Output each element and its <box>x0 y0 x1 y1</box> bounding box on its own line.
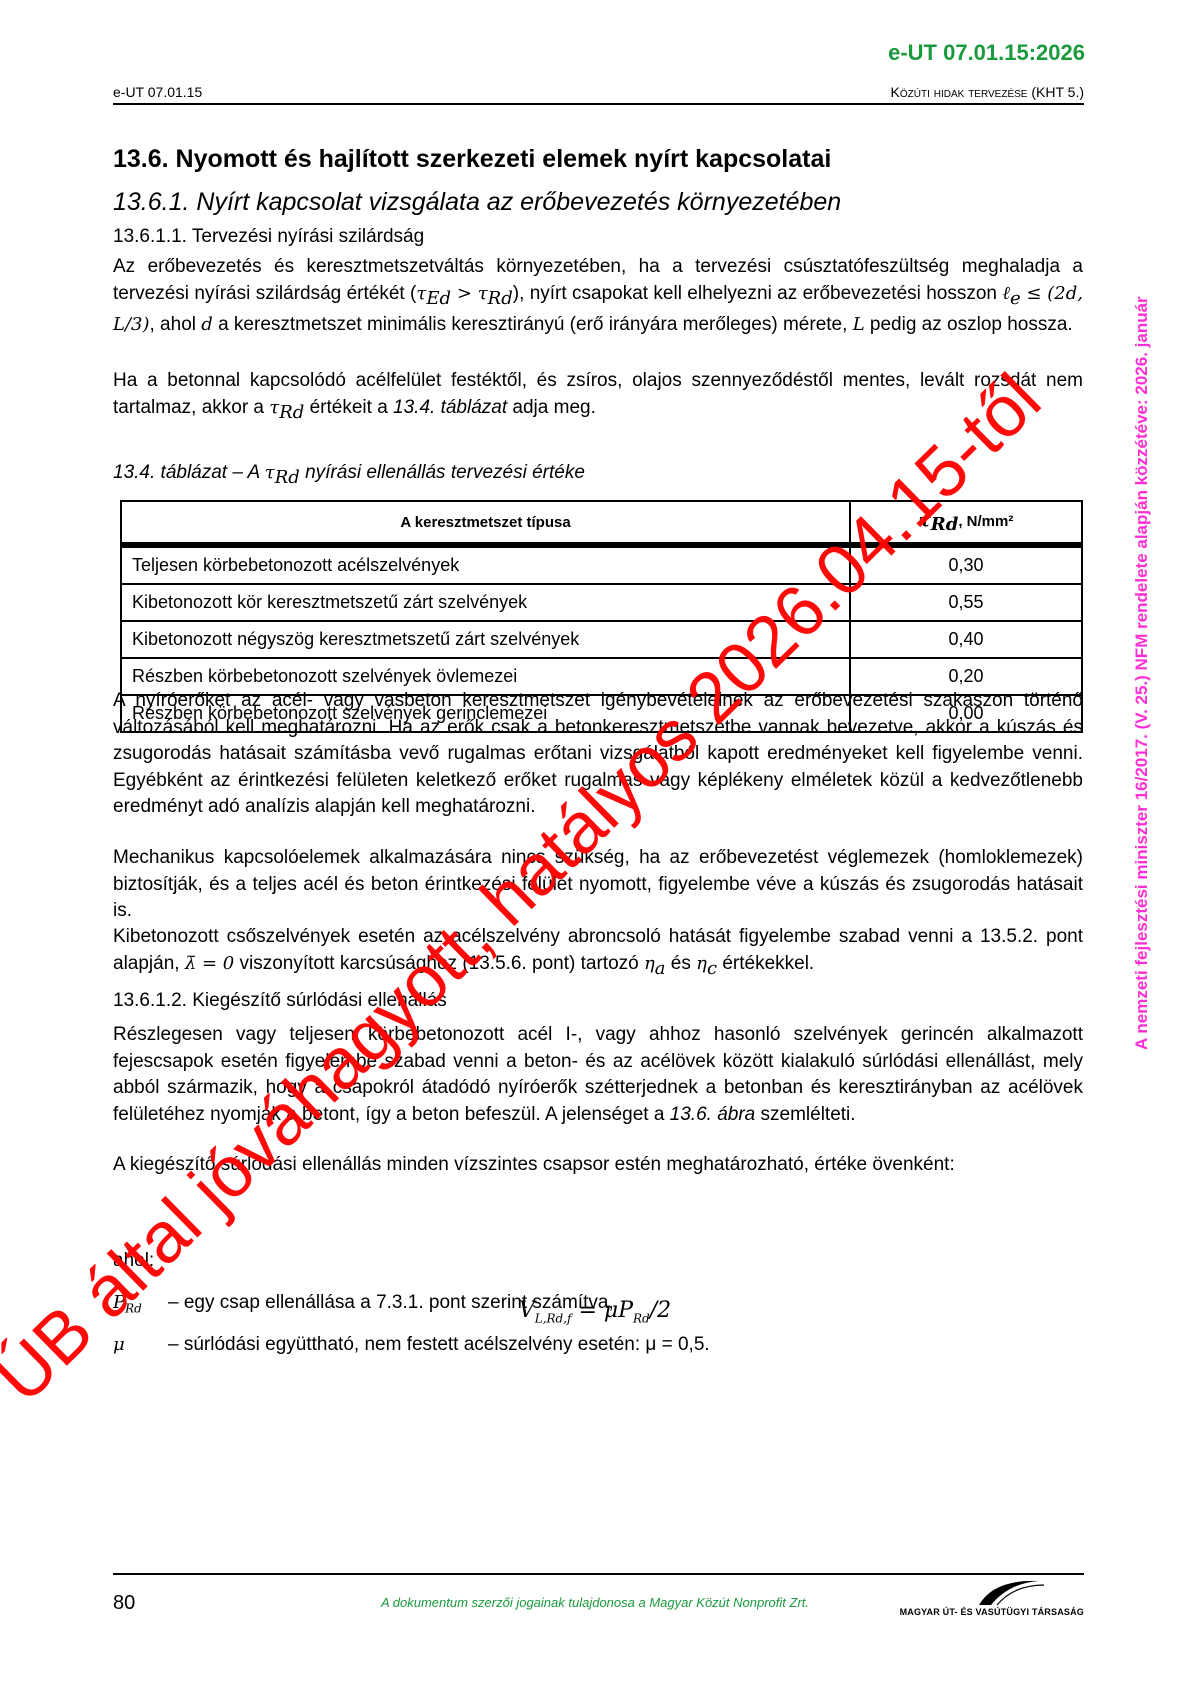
column-header-type: A keresztmetszet típusa <box>121 501 850 545</box>
paragraph-1: Az erőbevezetés és keresztmetszetváltás … <box>113 254 1083 338</box>
header-series-title: Közúti hidak tervezése (KHT 5.) <box>891 84 1084 100</box>
subsection-heading: 13.6.1. Nyírt kapcsolat vizsgálata az er… <box>113 188 841 217</box>
cell-type: Teljesen körbebetonozott acélszelvények <box>121 545 850 584</box>
header-divider <box>113 103 1084 105</box>
table-row: Kibetonozott kör keresztmetszetű zárt sz… <box>121 584 1082 621</box>
cell-value: 0,55 <box>850 584 1082 621</box>
cell-value: 0,40 <box>850 621 1082 658</box>
table-row: Kibetonozott négyszög keresztmetszetű zá… <box>121 621 1082 658</box>
definition-item: μ– súrlódási együttható, nem festett acé… <box>113 1334 710 1356</box>
table-caption: 13.4. táblázat – A τRd nyírási ellenállá… <box>113 462 585 488</box>
section-heading: 13.6. Nyomott és hajlított szerkezeti el… <box>113 145 831 174</box>
society-logo: MAGYAR ÚT- ÉS VASÚTÜGYI TÁRSASÁG <box>909 1575 1084 1625</box>
logo-swoosh-icon <box>969 1577 1049 1607</box>
paragraph-5: Kibetonozott csőszelvények esetén az acé… <box>113 924 1083 982</box>
header-doc-code: e-UT 07.01.15 <box>113 84 202 100</box>
publication-notice-watermark: A nemzeti fejlesztési miniszter 16/2017.… <box>1132 296 1152 1050</box>
definition-item: PRd– egy csap ellenállása a 7.3.1. pont … <box>113 1292 614 1316</box>
table-row: Teljesen körbebetonozott acélszelvények0… <box>121 545 1082 584</box>
subsubsection-heading-1: 13.6.1.1. Tervezési nyírási szilárdság <box>113 226 424 248</box>
document-code-top: e-UT 07.01.15:2026 <box>888 40 1085 66</box>
